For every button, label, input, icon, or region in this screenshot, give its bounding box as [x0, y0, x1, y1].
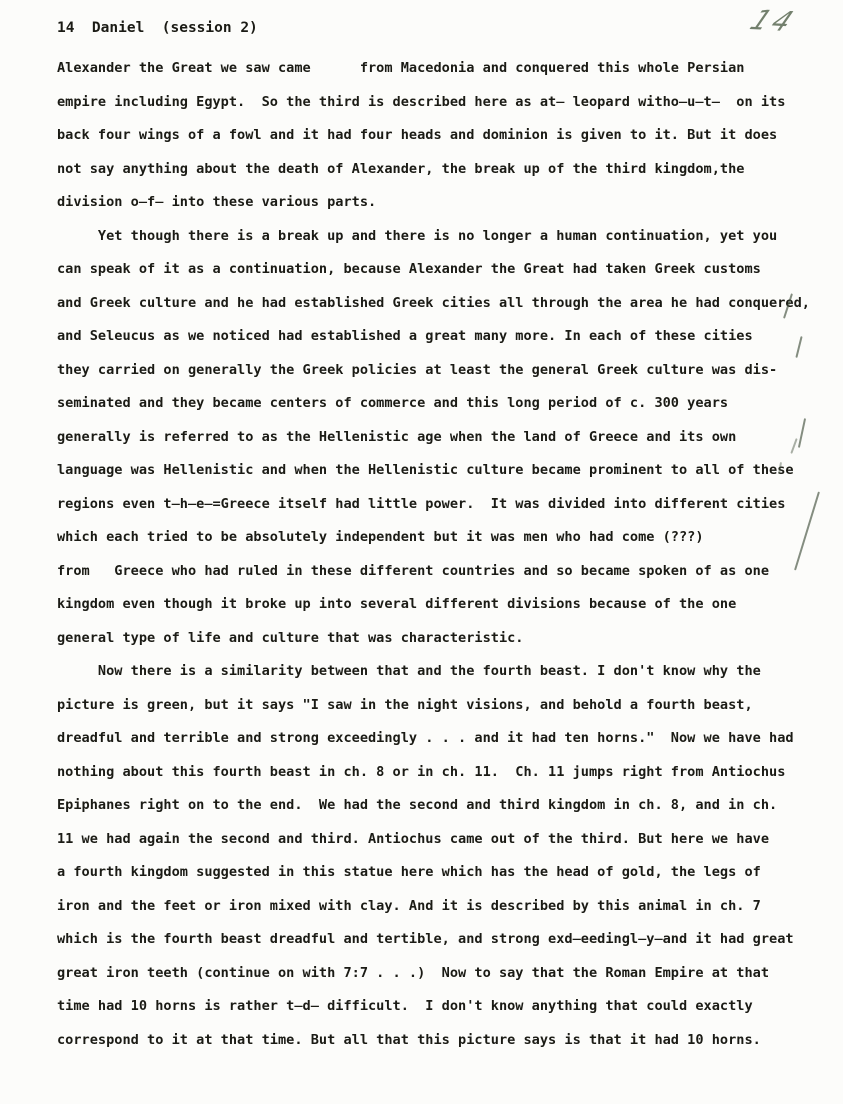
paragraph-1: Alexander the Great we saw came from Mac… [57, 52, 802, 220]
text-line: Yet though there is a break up and there… [57, 220, 802, 254]
text-line: Now there is a similarity between that a… [57, 655, 802, 689]
text-line: back four wings of a fowl and it had fou… [57, 119, 802, 153]
text-line: they carried on generally the Greek poli… [57, 354, 802, 388]
text-line: not say anything about the death of Alex… [57, 153, 802, 187]
text-line: which is the fourth beast dreadful and t… [57, 923, 802, 957]
text-line: kingdom even though it broke up into sev… [57, 588, 802, 622]
text-line: division o̶f̶ into these various parts. [57, 186, 802, 220]
handwritten-page-number: 14 [745, 5, 802, 38]
text-line: empire including Egypt. So the third is … [57, 86, 802, 120]
text-line: time had 10 horns is rather t̶d̶ difficu… [57, 990, 802, 1024]
text-line: 11 we had again the second and third. An… [57, 823, 802, 857]
text-line: a fourth kingdom suggested in this statu… [57, 856, 802, 890]
document-body: Alexander the Great we saw came from Mac… [57, 52, 802, 1057]
text-line: great iron teeth (continue on with 7:7 .… [57, 957, 802, 991]
text-line: seminated and they became centers of com… [57, 387, 802, 421]
text-line: regions even t̶h̶e̶=Greece itself had li… [57, 488, 802, 522]
text-line: and Greek culture and he had established… [57, 287, 802, 321]
text-line: picture is green, but it says "I saw in … [57, 689, 802, 723]
text-line: general type of life and culture that wa… [57, 622, 802, 656]
text-line: and Seleucus as we noticed had establish… [57, 320, 802, 354]
text-line: language was Hellenistic and when the He… [57, 454, 802, 488]
text-line: dreadful and terrible and strong exceedi… [57, 722, 802, 756]
text-line: Alexander the Great we saw came from Mac… [57, 52, 802, 86]
paragraph-2: Yet though there is a break up and there… [57, 220, 802, 656]
paragraph-3: Now there is a similarity between that a… [57, 655, 802, 1057]
text-line: generally is referred to as the Hellenis… [57, 421, 802, 455]
text-line: can speak of it as a continuation, becau… [57, 253, 802, 287]
page-header: 14 Daniel (session 2) [57, 20, 258, 36]
text-line: nothing about this fourth beast in ch. 8… [57, 756, 802, 790]
text-line: Epiphanes right on to the end. We had th… [57, 789, 802, 823]
text-line: iron and the feet or iron mixed with cla… [57, 890, 802, 924]
text-line: from Greece who had ruled in these diffe… [57, 555, 802, 589]
text-line: which each tried to be absolutely indepe… [57, 521, 802, 555]
text-line: correspond to it at that time. But all t… [57, 1024, 802, 1058]
document-page: 14 14 Daniel (session 2) Alexander the G… [0, 0, 843, 1104]
